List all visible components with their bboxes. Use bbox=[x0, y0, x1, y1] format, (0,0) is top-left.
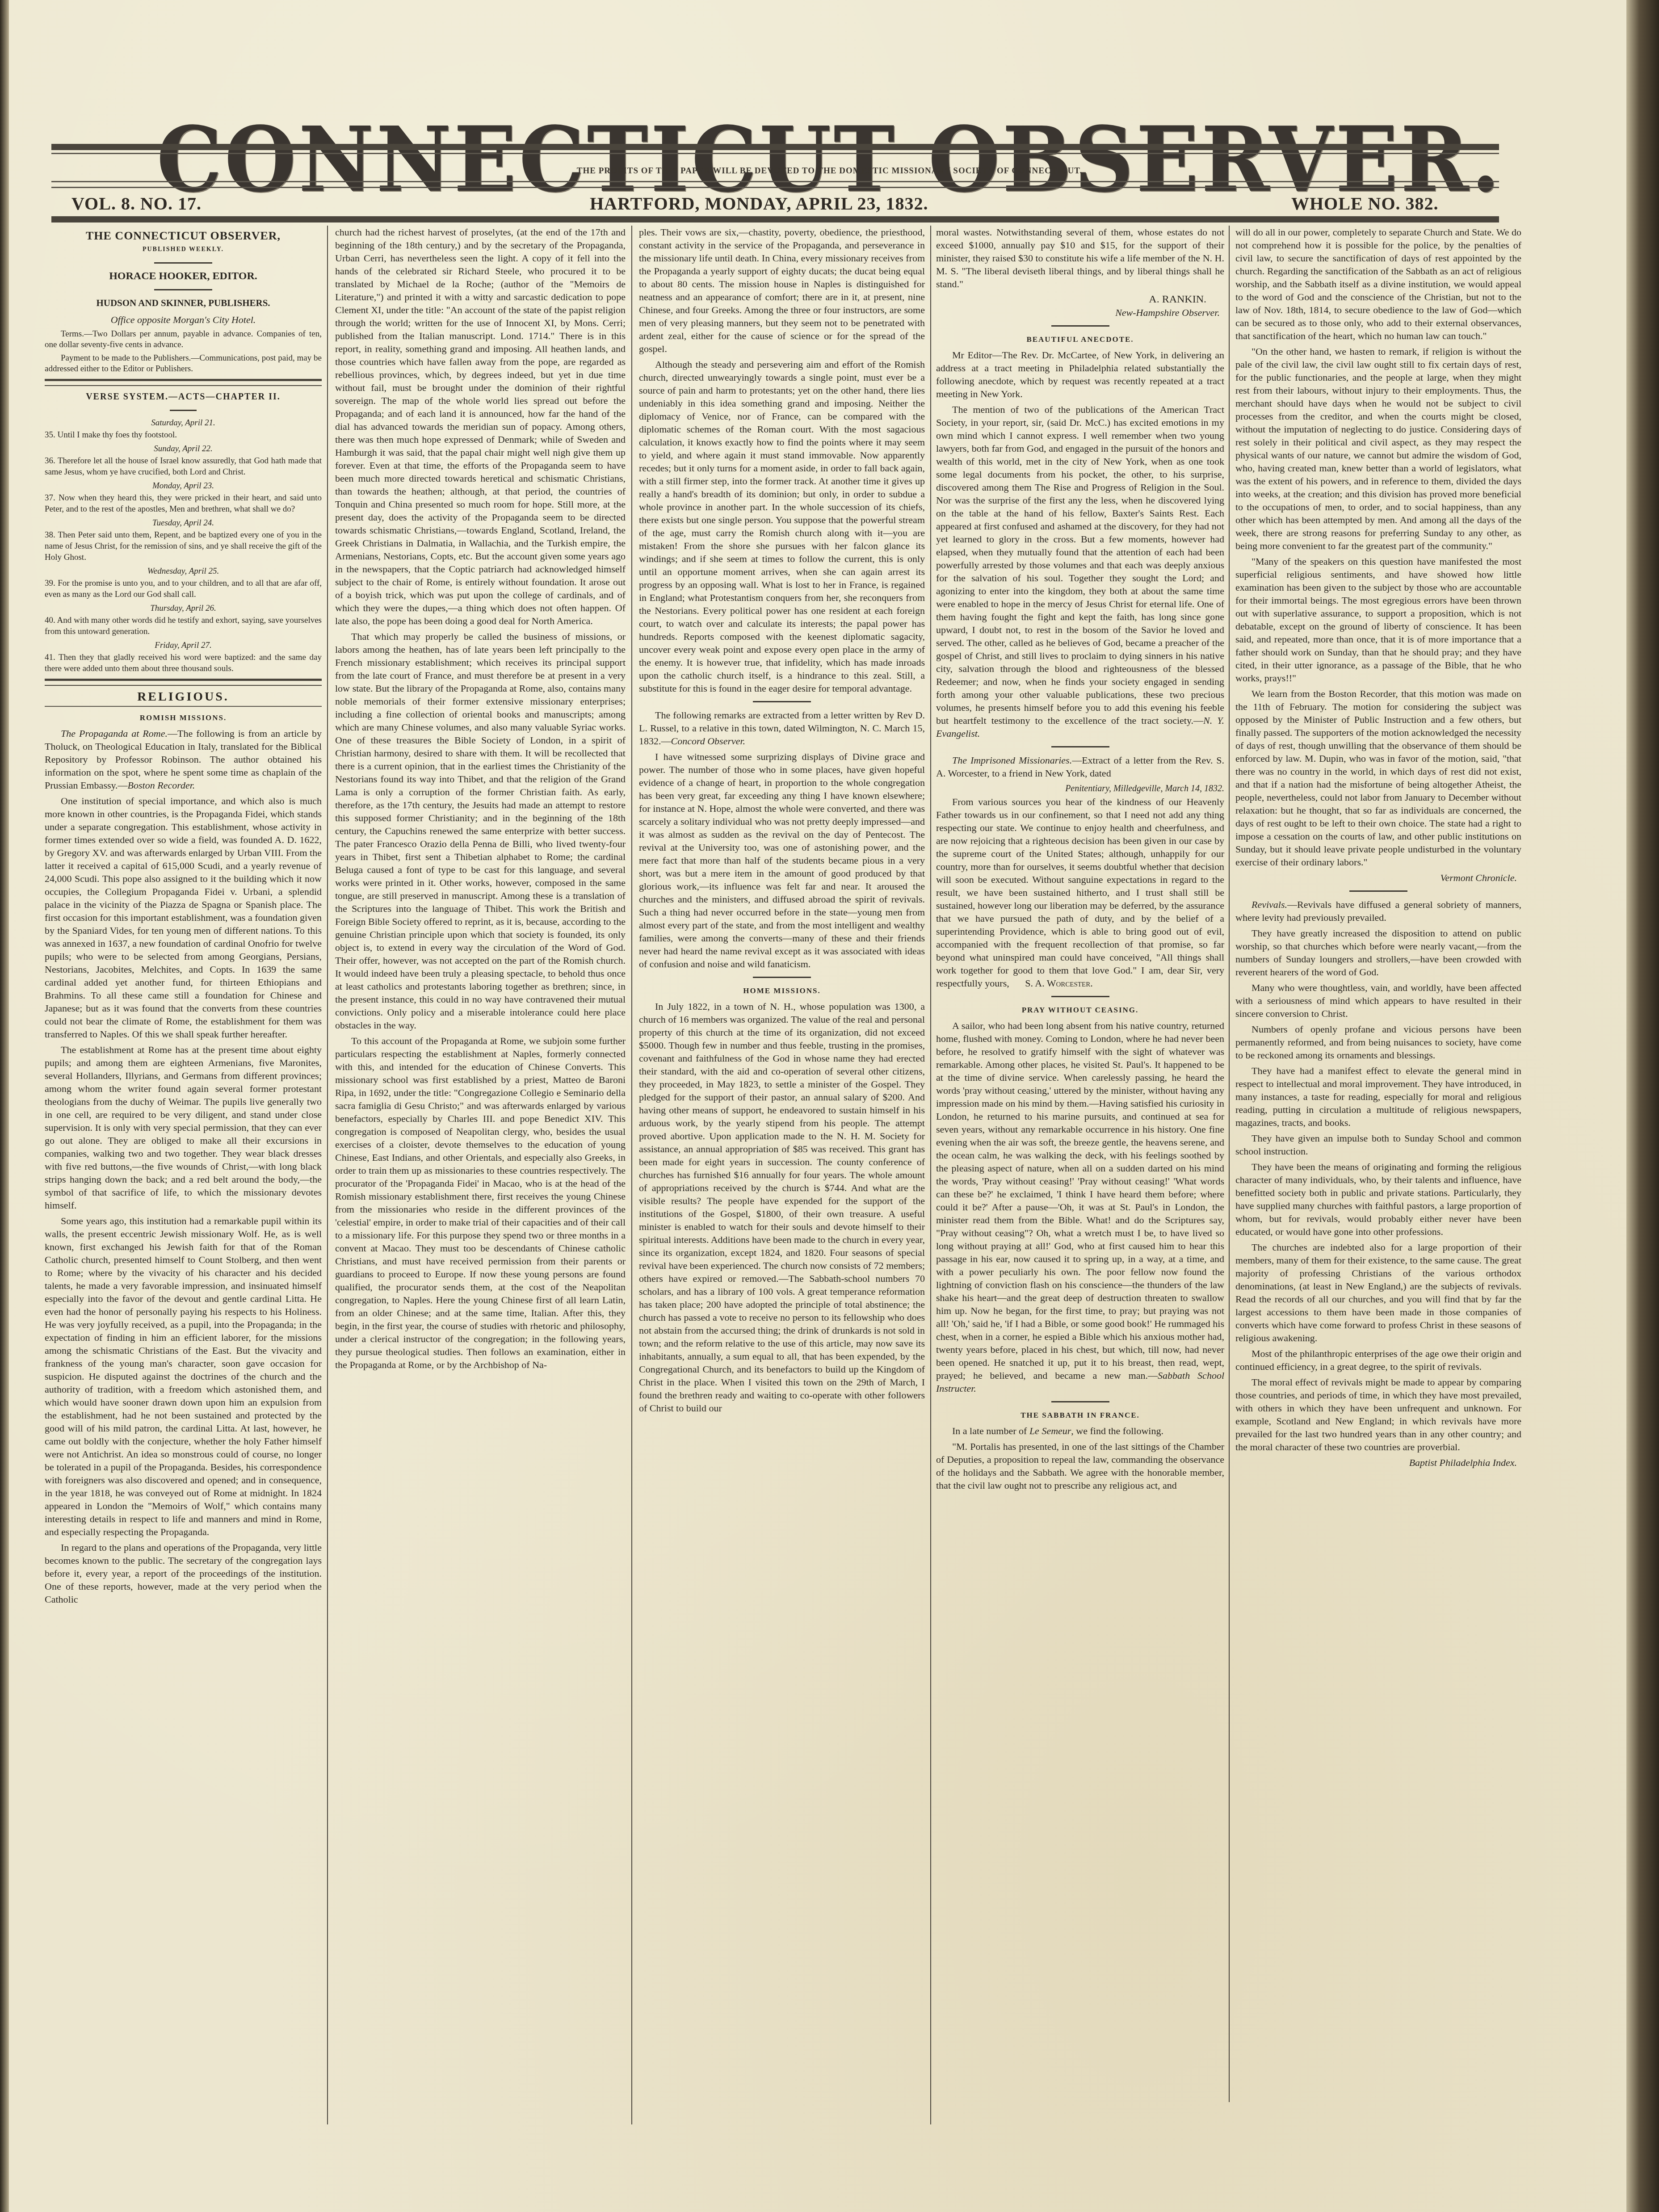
verse-text: 41. Then they that gladly received his w… bbox=[45, 652, 322, 674]
article-paragraph: Some years ago, this institution had a r… bbox=[45, 1214, 322, 1538]
column-divider bbox=[327, 226, 328, 2124]
article-intro: The Propaganda at Rome.—The following is… bbox=[45, 727, 322, 792]
article-paragraph: In regard to the plans and operations of… bbox=[45, 1541, 322, 1606]
subscription-terms: Terms.—Two Dollars per annum, payable in… bbox=[45, 329, 322, 350]
article-heading: THE SABBATH IN FRANCE. bbox=[936, 1409, 1224, 1422]
column-divider bbox=[930, 226, 931, 2124]
verse-day: Saturday, April 21. bbox=[45, 417, 322, 428]
article-paragraph: Many who were thoughtless, vain, and wor… bbox=[1235, 981, 1521, 1020]
article-heading: HOME MISSIONS. bbox=[639, 984, 925, 997]
verse-text: 35. Until I make thy foes thy footstool. bbox=[45, 429, 322, 441]
divider bbox=[753, 977, 811, 978]
divider bbox=[170, 410, 197, 411]
divider bbox=[45, 379, 322, 386]
column-divider bbox=[631, 226, 632, 2124]
source-attribution: Vermont Chronicle. bbox=[1235, 871, 1517, 884]
masthead-motto: THE PROFITS OF THIS PAPER WILL BE DEVOTE… bbox=[0, 166, 1659, 176]
article-paragraph: That which may properly be called the bu… bbox=[335, 630, 626, 1032]
divider bbox=[1051, 1401, 1109, 1402]
verse-day: Monday, April 23. bbox=[45, 480, 322, 491]
article-paragraph: From various sources you hear of the kin… bbox=[936, 795, 1224, 990]
page-edge-left bbox=[0, 0, 9, 2212]
section-title-religious: RELIGIOUS. bbox=[45, 690, 322, 703]
article-heading: PRAY WITHOUT CEASING. bbox=[936, 1003, 1224, 1016]
masthead-rule bbox=[51, 216, 1499, 222]
divider bbox=[1051, 746, 1109, 747]
verse-day: Thursday, April 26. bbox=[45, 603, 322, 614]
article-paragraph: In a late number of Le Semeur, we find t… bbox=[936, 1424, 1224, 1437]
article-paragraph: I have witnessed some surprizing display… bbox=[639, 750, 925, 970]
masthead-rule bbox=[51, 153, 1499, 154]
divider bbox=[45, 679, 322, 686]
masthead-rule bbox=[51, 187, 1499, 188]
article-paragraph: They have greatly increased the disposit… bbox=[1235, 927, 1521, 978]
signature: A. RANKIN. bbox=[936, 293, 1206, 306]
article-paragraph: Mr Editor—The Rev. Dr. McCartee, of New … bbox=[936, 348, 1224, 400]
article-paragraph: moral wastes. Notwithstanding several of… bbox=[936, 226, 1224, 290]
article-paragraph: In July 1822, in a town of N. H., whose … bbox=[639, 1000, 925, 1415]
source-attribution: New-Hampshire Observer. bbox=[936, 306, 1220, 319]
column-5: will do all in our power, completely to … bbox=[1235, 226, 1521, 1469]
newspaper-page: CONNECTICUT OBSERVER. THE PROFITS OF THI… bbox=[9, 0, 1626, 2212]
book-binding bbox=[1626, 0, 1659, 2212]
column-2: church had the richest harvest of prosel… bbox=[335, 226, 626, 1374]
office-address: Office opposite Morgan's City Hotel. bbox=[45, 313, 322, 326]
payment-notice: Payment to be made to the Publishers.—Co… bbox=[45, 353, 322, 374]
article-paragraph: They have given an impulse both to Sunda… bbox=[1235, 1132, 1521, 1158]
column-4: moral wastes. Notwithstanding several of… bbox=[936, 226, 1224, 1494]
article-paragraph: They have had a manifest effect to eleva… bbox=[1235, 1064, 1521, 1129]
publication-frequency: PUBLISHED WEEKLY. bbox=[45, 243, 322, 256]
article-paragraph: Although the steady and persevering aim … bbox=[639, 358, 925, 695]
verse-text: 37. Now when they heard this, they were … bbox=[45, 492, 322, 515]
column-3: ples. Their vows are six,—chastity, pove… bbox=[639, 226, 925, 1417]
source-attribution: Baptist Philadelphia Index. bbox=[1235, 1456, 1517, 1469]
verse-day: Wednesday, April 25. bbox=[45, 566, 322, 577]
whole-number: WHOLE NO. 382. bbox=[1291, 193, 1439, 214]
article-paragraph: The establishment at Rome has at the pre… bbox=[45, 1043, 322, 1212]
divider bbox=[1051, 325, 1109, 327]
verse-text: 39. For the promise is unto you, and to … bbox=[45, 578, 322, 600]
article-paragraph: Revivals.—Revivals have diffused a gener… bbox=[1235, 898, 1521, 924]
article-paragraph: ples. Their vows are six,—chastity, pove… bbox=[639, 226, 925, 355]
editor-line: HORACE HOOKER, EDITOR. bbox=[45, 270, 322, 283]
article-heading: BEAUTIFUL ANECDOTE. bbox=[936, 333, 1224, 346]
article-paragraph: "Many of the speakers on this question h… bbox=[1235, 555, 1521, 684]
article-intro: The following remarks are extracted from… bbox=[639, 709, 925, 747]
article-paragraph: One institution of special importance, a… bbox=[45, 794, 322, 1041]
verse-system-heading: VERSE SYSTEM.—ACTS—CHAPTER II. bbox=[45, 390, 322, 403]
article-paragraph: "On the other hand, we hasten to remark,… bbox=[1235, 345, 1521, 552]
article-paragraph: We learn from the Boston Recorder, that … bbox=[1235, 687, 1521, 869]
verse-day: Friday, April 27. bbox=[45, 640, 322, 651]
article-paragraph: Most of the philanthropic enterprises of… bbox=[1235, 1347, 1521, 1373]
verse-text: 38. Then Peter said unto them, Repent, a… bbox=[45, 529, 322, 563]
volume-number: VOL. 8. NO. 17. bbox=[71, 193, 202, 214]
article-paragraph: will do all in our power, completely to … bbox=[1235, 226, 1521, 342]
article-paragraph: The churches are indebted also for a lar… bbox=[1235, 1241, 1521, 1344]
publishers-line: HUDSON AND SKINNER, PUBLISHERS. bbox=[45, 297, 322, 310]
publisher-name: THE CONNECTICUT OBSERVER, bbox=[45, 229, 322, 242]
divider bbox=[1349, 890, 1407, 892]
divider bbox=[154, 289, 212, 290]
article-paragraph: To this account of the Propaganda at Rom… bbox=[335, 1034, 626, 1371]
article-paragraph: church had the richest harvest of prosel… bbox=[335, 226, 626, 627]
article-paragraph: "M. Portalis has presented, in one of th… bbox=[936, 1440, 1224, 1492]
article-paragraph: A sailor, who had been long absent from … bbox=[936, 1019, 1224, 1395]
verse-text: 36. Therefore let all the house of Israe… bbox=[45, 455, 322, 478]
article-paragraph: The moral effect of revivals might be ma… bbox=[1235, 1376, 1521, 1453]
column-divider bbox=[1229, 226, 1230, 2102]
divider bbox=[45, 706, 322, 707]
article-paragraph: They have been the means of originating … bbox=[1235, 1160, 1521, 1238]
masthead-rule bbox=[51, 144, 1499, 150]
divider bbox=[753, 701, 811, 702]
divider bbox=[154, 262, 212, 264]
article-heading: ROMISH MISSIONS. bbox=[45, 711, 322, 724]
letter-dateline: Penitentiary, Milledgeville, March 14, 1… bbox=[936, 782, 1224, 795]
divider bbox=[1051, 996, 1109, 997]
masthead-rule bbox=[51, 181, 1499, 182]
article-paragraph: The mention of two of the publications o… bbox=[936, 403, 1224, 740]
verse-text: 40. And with many other words did he tes… bbox=[45, 615, 322, 637]
verse-day: Sunday, April 22. bbox=[45, 443, 322, 454]
verse-day: Tuesday, April 24. bbox=[45, 517, 322, 529]
article-intro: The Imprisoned Missionaries.—Extract of … bbox=[936, 754, 1224, 780]
article-paragraph: Numbers of openly profane and vicious pe… bbox=[1235, 1023, 1521, 1062]
column-1: THE CONNECTICUT OBSERVER, PUBLISHED WEEK… bbox=[45, 226, 322, 1608]
issue-date: HARTFORD, MONDAY, APRIL 23, 1832. bbox=[590, 193, 928, 214]
